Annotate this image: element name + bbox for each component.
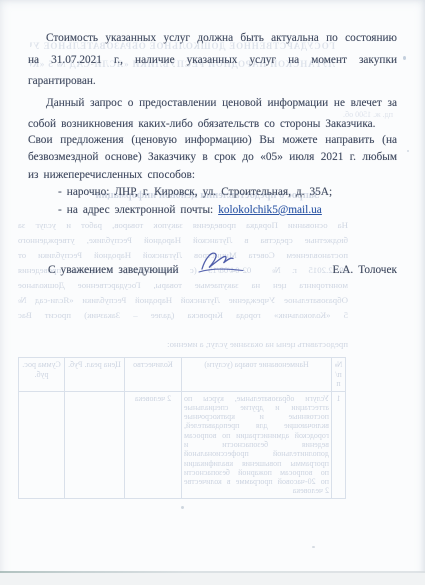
scan-speck <box>407 150 409 152</box>
method-in-person: - нарочно: ЛНР, г. Кировск, ул. Строител… <box>58 184 397 202</box>
scanned-letter-page: ГОСУДАРСТВЕННОЕ ДОШКОЛЬНОЕ ОБРАЗОВАТЕЛЬН… <box>0 0 425 585</box>
handwritten-signature <box>194 248 248 281</box>
email-link[interactable]: kolokolchik5@mail.ua <box>218 204 322 216</box>
scan-speck <box>312 546 315 548</box>
letter-body: Стоимость указанных услуг должна быть ак… <box>28 28 397 278</box>
scan-speck <box>403 56 406 60</box>
bleedthrough-cell-quantity: 2 человека <box>125 391 182 498</box>
bleedthrough-desc-line: постоянные и краткосрочные <box>184 412 329 421</box>
paragraph-validity: Стоимость указанных услуг должна быть ак… <box>28 28 397 93</box>
signature-scribble-icon <box>194 248 248 276</box>
scan-speck <box>181 506 184 509</box>
bleedthrough-th-price: Цена реал. Руб. <box>65 358 125 392</box>
bleedthrough-cell-sum <box>19 391 65 498</box>
bleedthrough-desc-line: программы повышения квалификации <box>184 459 329 468</box>
closing-row: С уважением заведующий Е.А. Толочек <box>28 245 397 278</box>
submission-methods-list: - нарочно: ЛНР, г. Кировск, ул. Строител… <box>28 184 397 219</box>
bleedthrough-line: Образовательное Учреждение Луганской Нар… <box>18 293 348 308</box>
bleedthrough-desc-line: ведения безопасности и <box>184 440 329 449</box>
bleedthrough-desc-line: по вопросам пожарной безопасности <box>184 468 329 477</box>
bleedthrough-line: предоставить цены на оказание услуг, а и… <box>18 337 348 352</box>
bleedthrough-cell-num: 1 <box>332 391 346 498</box>
bleedthrough-cell-description: Услуги образовательные, курсы по аттеста… <box>182 391 332 498</box>
closing-salutation: С уважением заведующий <box>28 263 179 278</box>
bleedthrough-desc-line: аттестации и другие специальные <box>184 403 329 412</box>
method-email: - на адрес электронной почты: kolokolchi… <box>58 202 397 220</box>
scan-bottom-strip <box>0 573 425 585</box>
method-email-label: - на адрес электронной почты: <box>58 204 218 216</box>
bleedthrough-desc-line: включающие для преподавателей, <box>184 421 329 430</box>
bleedthrough-table-header-row: № п/п Наименование товара (услуги) Колич… <box>19 358 346 392</box>
bleedthrough-th-name: Наименование товара (услуги) <box>182 358 332 392</box>
bleedthrough-line <box>18 323 348 337</box>
bleedthrough-desc-line: Услуги образовательные, курсы по <box>184 394 329 403</box>
paragraph-submission: Свои предложения (ценовую информацию) Вы… <box>28 132 397 185</box>
bleedthrough-desc-line: 2 человека <box>184 486 329 495</box>
bleedthrough-cell-price <box>65 391 125 498</box>
bleedthrough-desc-line: дополнительной профессиональной <box>184 449 329 458</box>
bleedthrough-line: мониторинга цен на закупаемые товары, Го… <box>18 278 348 293</box>
bleedthrough-th-num: № п/п <box>332 358 346 392</box>
bleedthrough-th-sum: Сумма рос. руб. <box>19 358 65 392</box>
bleedthrough-desc-line: городской администрации по вопросам <box>184 431 329 440</box>
bleedthrough-table-row: 1 Услуги образовательные, курсы по аттес… <box>19 391 346 498</box>
bleedthrough-desc-line: по 20-часовой программе в количестве <box>184 477 329 486</box>
bleedthrough-th-qty: Количество <box>125 358 182 392</box>
paragraph-no-obligation: Данный запрос о предоставлении ценовой и… <box>28 93 397 136</box>
closing-signatory-name: Е.А. Толочек <box>333 263 397 278</box>
bleedthrough-line: 5 «Колокольчик» города Кировска (далее –… <box>18 308 348 323</box>
bleedthrough-price-table: № п/п Наименование товара (услуги) Колич… <box>18 357 346 499</box>
